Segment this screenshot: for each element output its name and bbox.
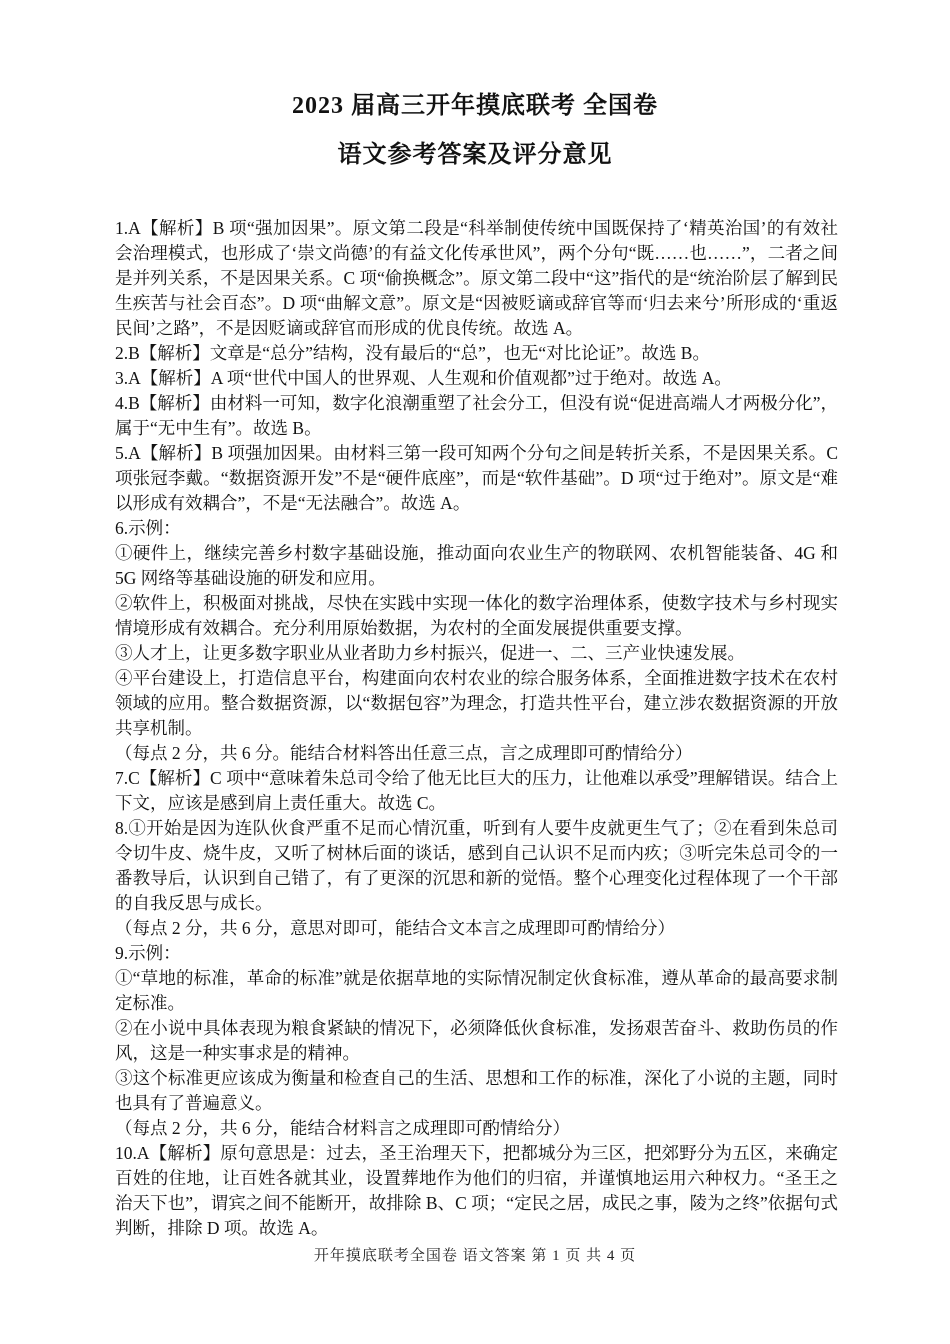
answer-6-scoring-note: （每点 2 分，共 6 分。能结合材料答出任意三点，言之成理即可酌情给分） — [115, 741, 838, 766]
answer-6-intro: 6.示例： — [115, 516, 838, 541]
answer-6-point-2: ②软件上，积极面对挑战，尽快在实践中实现一体化的数字治理体系，使数字技术与乡村现… — [115, 591, 838, 641]
answer-7: 7.C【解析】C 项中“意味着朱总司令给了他无比巨大的压力，让他难以承受”理解错… — [115, 766, 838, 816]
doc-subtitle: 语文参考答案及评分意见 — [0, 141, 950, 169]
answer-10: 10.A【解析】原句意思是：过去，圣王治理天下，把都城分为三区，把郊野分为五区，… — [115, 1141, 838, 1241]
answer-9-point-1: ①“草地的标准，革命的标准”就是依据草地的实际情况制定伙食标准，遵从革命的最高要… — [115, 966, 838, 1016]
answer-4: 4.B【解析】由材料一可知，数字化浪潮重塑了社会分工，但没有说“促进高端人才两极… — [115, 391, 838, 441]
answer-8: 8.①开始是因为连队伙食严重不足而心情沉重，听到有人要牛皮就更生气了；②在看到朱… — [115, 816, 838, 916]
answer-9-scoring-note: （每点 2 分，共 6 分，能结合材料言之成理即可酌情给分） — [115, 1116, 838, 1141]
answer-2: 2.B【解析】文章是“总分”结构，没有最后的“总”，也无“对比论证”。故选 B。 — [115, 341, 838, 366]
answer-5: 5.A【解析】B 项强加因果。由材料三第一段可知两个分句之间是转折关系，不是因果… — [115, 441, 838, 516]
answers-body: 1.A【解析】B 项“强加因果”。原文第二段是“科举制使传统中国既保持了‘精英治… — [0, 169, 950, 1241]
answer-9-point-3: ③这个标准更应该成为衡量和检查自己的生活、思想和工作的标准，深化了小说的主题，同… — [115, 1066, 838, 1116]
answer-sheet-page: 2023 届高三开年摸底联考 全国卷 语文参考答案及评分意见 1.A【解析】B … — [0, 0, 950, 1344]
answer-6-point-4: ④平台建设上，打造信息平台，构建面向农村农业的综合服务体系，全面推进数字技术在农… — [115, 666, 838, 741]
page-footer: 开年摸底联考全国卷 语文答案 第 1 页 共 4 页 — [0, 1246, 950, 1266]
answer-8-scoring-note: （每点 2 分，共 6 分，意思对即可，能结合文本言之成理即可酌情给分） — [115, 916, 838, 941]
answer-1: 1.A【解析】B 项“强加因果”。原文第二段是“科举制使传统中国既保持了‘精英治… — [115, 216, 838, 341]
answer-6-point-3: ③人才上，让更多数字职业从业者助力乡村振兴，促进一、二、三产业快速发展。 — [115, 641, 838, 666]
answer-6-point-1: ①硬件上，继续完善乡村数字基础设施，推动面向农业生产的物联网、农机智能装备、4G… — [115, 541, 838, 591]
doc-title: 2023 届高三开年摸底联考 全国卷 — [0, 92, 950, 120]
answer-9-intro: 9.示例： — [115, 941, 838, 966]
document-header: 2023 届高三开年摸底联考 全国卷 语文参考答案及评分意见 — [0, 0, 950, 169]
answer-3: 3.A【解析】A 项“世代中国人的世界观、人生观和价值观都”过于绝对。故选 A。 — [115, 366, 838, 391]
answer-9-point-2: ②在小说中具体表现为粮食紧缺的情况下，必须降低伙食标准，发扬艰苦奋斗、救助伤员的… — [115, 1016, 838, 1066]
